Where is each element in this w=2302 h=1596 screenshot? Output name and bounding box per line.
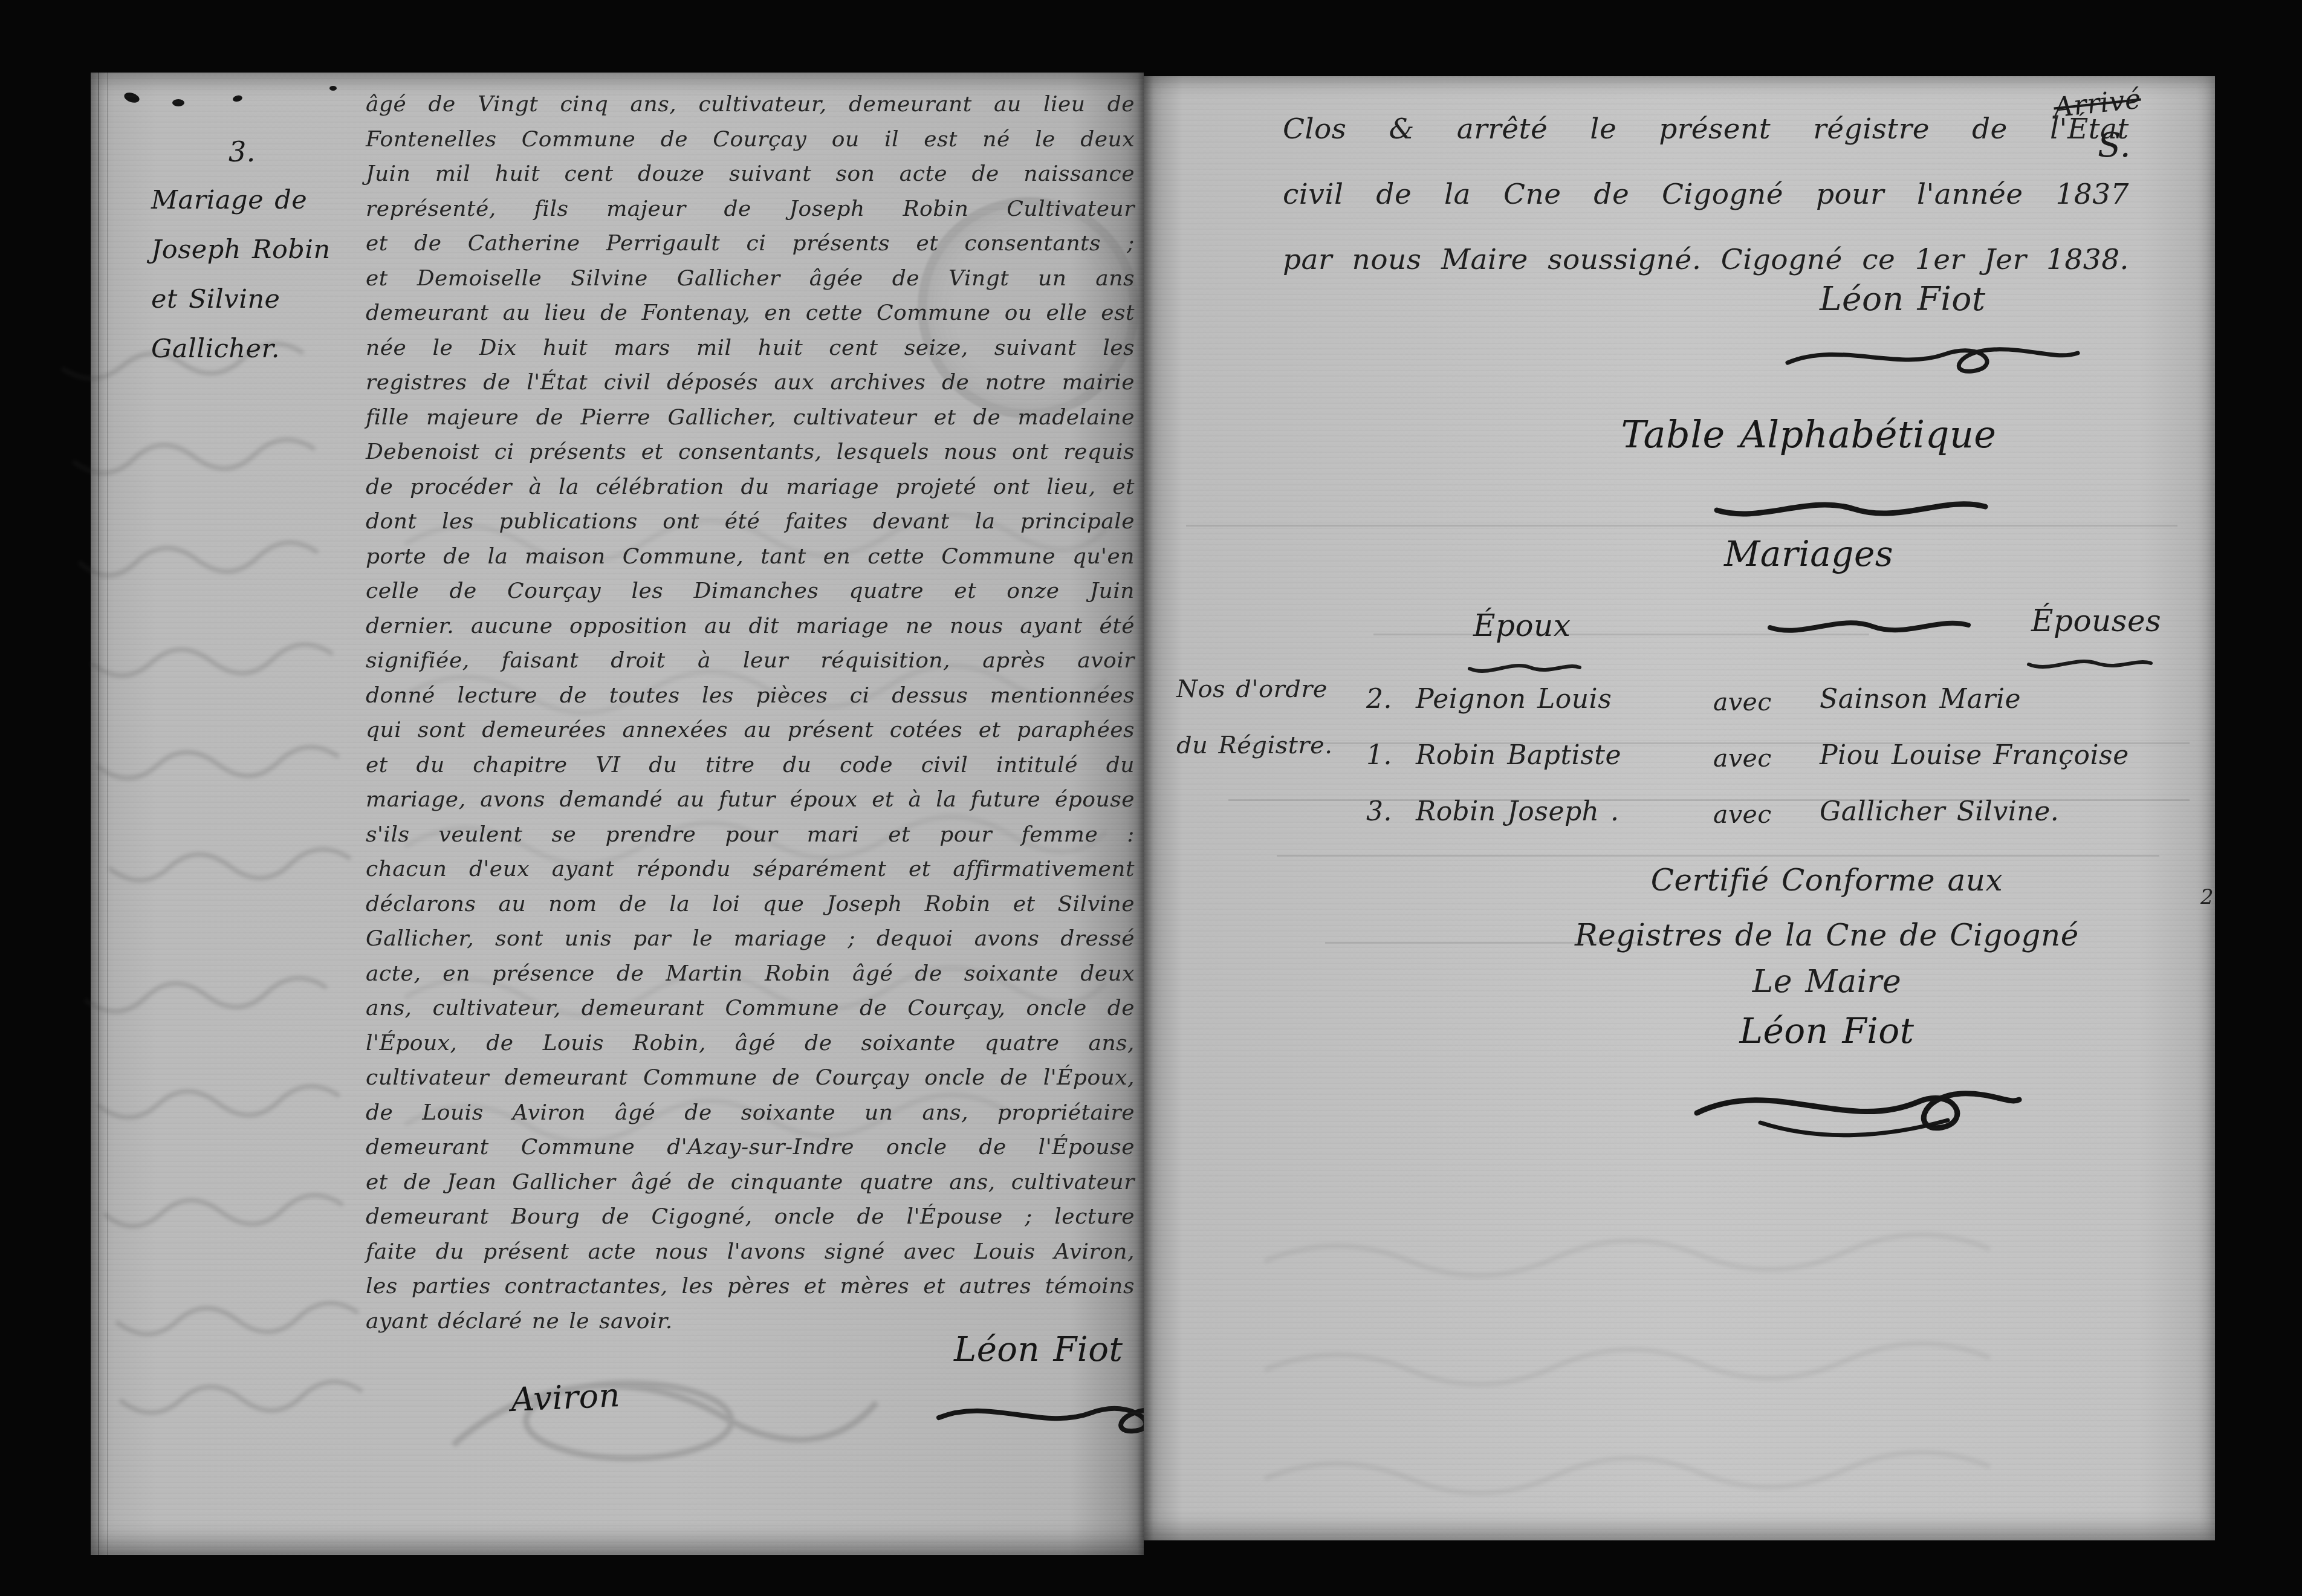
groom-name: Robin Joseph .: [1416, 796, 1619, 827]
act-line: représenté, fils majeur de Joseph Robin …: [366, 192, 1135, 227]
signature-leon-fiot: Léon Fiot: [954, 1330, 1123, 1369]
row-label: Nos d'ordre: [1176, 675, 1328, 703]
bride-name: Sainson Marie: [1820, 684, 2021, 715]
certification-superscript: 2: [2200, 885, 2214, 909]
marriage-index-rows: Nos d'ordre2.Peignon LouisavecSainson Ma…: [1144, 684, 2215, 865]
certification-text: Certifié Conforme auxRegistres de la Cne…: [1422, 853, 2232, 963]
act-line: dernier. aucune opposition au dit mariag…: [366, 609, 1135, 644]
ghost-handwriting: [1253, 1225, 2008, 1515]
act-text: âgé de Vingt cinq ans, cultivateur, deme…: [366, 87, 1135, 1338]
order-number: 1.: [1366, 740, 1392, 771]
flourish-underline: [1712, 492, 1990, 524]
act-line: et de Catherine Perrigault ci présents e…: [366, 226, 1135, 261]
act-line: déclarons au nom de la loi que Joseph Ro…: [366, 887, 1135, 922]
bride-name: Gallicher Silvine.: [1820, 796, 2059, 827]
act-line: dont les publications ont été faites dev…: [366, 504, 1135, 539]
flourish-underline: [1467, 658, 1582, 678]
conjunction: avec: [1713, 687, 1772, 716]
act-line: l'Époux, de Louis Robin, âgé de soixante…: [366, 1026, 1135, 1061]
certification-line: Certifié Conforme aux: [1422, 853, 2232, 908]
act-number: 3.: [229, 135, 256, 168]
certification-line: Registres de la Cne de Cigogné: [1422, 908, 2232, 963]
act-line: ans, cultivateur, demeurant Commune de C…: [366, 991, 1135, 1026]
order-number: 2.: [1366, 684, 1392, 715]
act-line: et Demoiselle Silvine Gallicher âgée de …: [366, 261, 1135, 296]
act-line: signifiée, faisant droit à leur réquisit…: [366, 643, 1135, 678]
act-line: de Louis Aviron âgé de soixante un ans, …: [366, 1095, 1135, 1130]
closing-line: Clos & arrêté le présent régistre de l'É…: [1283, 97, 2129, 162]
act-line: Juin mil huit cent douze suivant son act…: [366, 157, 1135, 192]
order-number: 3.: [1366, 796, 1392, 827]
column-header-groom: Époux: [1473, 608, 1571, 643]
ink-blot: [329, 86, 337, 91]
act-line: s'ils veulent se prendre pour mari et po…: [366, 817, 1135, 852]
ink-blot: [172, 99, 184, 106]
act-line: registres de l'État civil déposés aux ar…: [366, 365, 1135, 400]
act-line: et du chapitre VI du titre du code civil…: [366, 748, 1135, 783]
act-line: porte de la maison Commune, tant en cett…: [366, 539, 1135, 574]
conjunction: avec: [1713, 800, 1772, 829]
signature-flourish: [1782, 336, 2084, 375]
closing-line: civil de la Cne de Cigogné pour l'année …: [1283, 162, 2129, 227]
act-line: mariage, avons demandé au futur époux et…: [366, 782, 1135, 817]
flourish-underline: [2026, 654, 2153, 674]
conjunction: avec: [1713, 744, 1772, 773]
groom-name: Peignon Louis: [1416, 684, 1612, 715]
act-line: de procéder à la célébration du mariage …: [366, 470, 1135, 505]
signature-flourish: [1688, 1065, 2026, 1143]
act-line: les parties contractantes, les pères et …: [366, 1269, 1135, 1304]
row-label: du Régistre.: [1176, 731, 1332, 759]
act-line: demeurant Bourg de Cigogné, oncle de l'É…: [366, 1199, 1135, 1234]
ghost-handwriting: [53, 317, 358, 929]
act-line: cultivateur demeurant Commune de Courçay…: [366, 1060, 1135, 1095]
act-line: née le Dix huit mars mil huit cent seize…: [366, 331, 1135, 366]
act-line: demeurant au lieu de Fontenay, en cette …: [366, 296, 1135, 331]
act-line: demeurant Commune d'Azay-sur-Indre oncle…: [366, 1130, 1135, 1165]
column-header-bride: Épouses: [2031, 603, 2161, 638]
act-line: chacun d'eux ayant répondu séparément et…: [366, 852, 1135, 887]
table-row: du Régistre.1.Robin BaptisteavecPiou Lou…: [1144, 740, 2215, 796]
table-title: Table Alphabétique: [1404, 412, 2214, 456]
table-subtitle: Mariages: [1404, 533, 2214, 574]
act-line: faite du présent acte nous l'avons signé…: [366, 1234, 1135, 1270]
guide-line: [1186, 525, 2177, 527]
act-line: acte, en présence de Martin Robin âgé de…: [366, 956, 1135, 991]
act-line: Debenoist ci présents et consentants, le…: [366, 435, 1135, 470]
left-page: 3. Mariage deJoseph Robinet SilvineGalli…: [91, 73, 1144, 1555]
right-page: Arrivé S. Clos & arrêté le présent régis…: [1144, 76, 2215, 1540]
mayor-title: Le Maire: [1422, 964, 2232, 1000]
table-row: 3.Robin Joseph .avecGallicher Silvine.: [1144, 796, 2215, 852]
act-line: donné lecture de toutes les pièces ci de…: [366, 678, 1135, 713]
ghost-handwriting: [77, 957, 371, 1437]
register-scan: 3. Mariage deJoseph Robinet SilvineGalli…: [0, 0, 2302, 1596]
closing-signature: Léon Fiot: [1820, 279, 1986, 318]
ink-blot: [232, 94, 243, 103]
act-line: fille majeure de Pierre Gallicher, culti…: [366, 400, 1135, 435]
groom-name: Robin Baptiste: [1416, 740, 1621, 771]
act-line: et de Jean Gallicher âgé de cinquante qu…: [366, 1165, 1135, 1200]
flourish-underline: [1766, 612, 1972, 640]
ink-blot: [123, 91, 140, 104]
bride-name: Piou Louise Françoise: [1820, 740, 2129, 771]
act-line: qui sont demeurées annexées au présent c…: [366, 713, 1135, 748]
signature-aviron: Aviron: [510, 1376, 621, 1419]
closing-line: par nous Maire soussigné. Cigogné ce 1er…: [1283, 227, 2129, 293]
certification-signature: Léon Fiot: [1422, 1010, 2232, 1051]
act-line: Fontenelles Commune de Courçay ou il est…: [366, 122, 1135, 157]
closing-statement: Clos & arrêté le présent régistre de l'É…: [1283, 97, 2129, 293]
act-line: âgé de Vingt cinq ans, cultivateur, deme…: [366, 87, 1135, 122]
act-line: Gallicher, sont unis par le mariage ; de…: [366, 921, 1135, 956]
act-line: celle de Courçay les Dimanches quatre et…: [366, 574, 1135, 609]
